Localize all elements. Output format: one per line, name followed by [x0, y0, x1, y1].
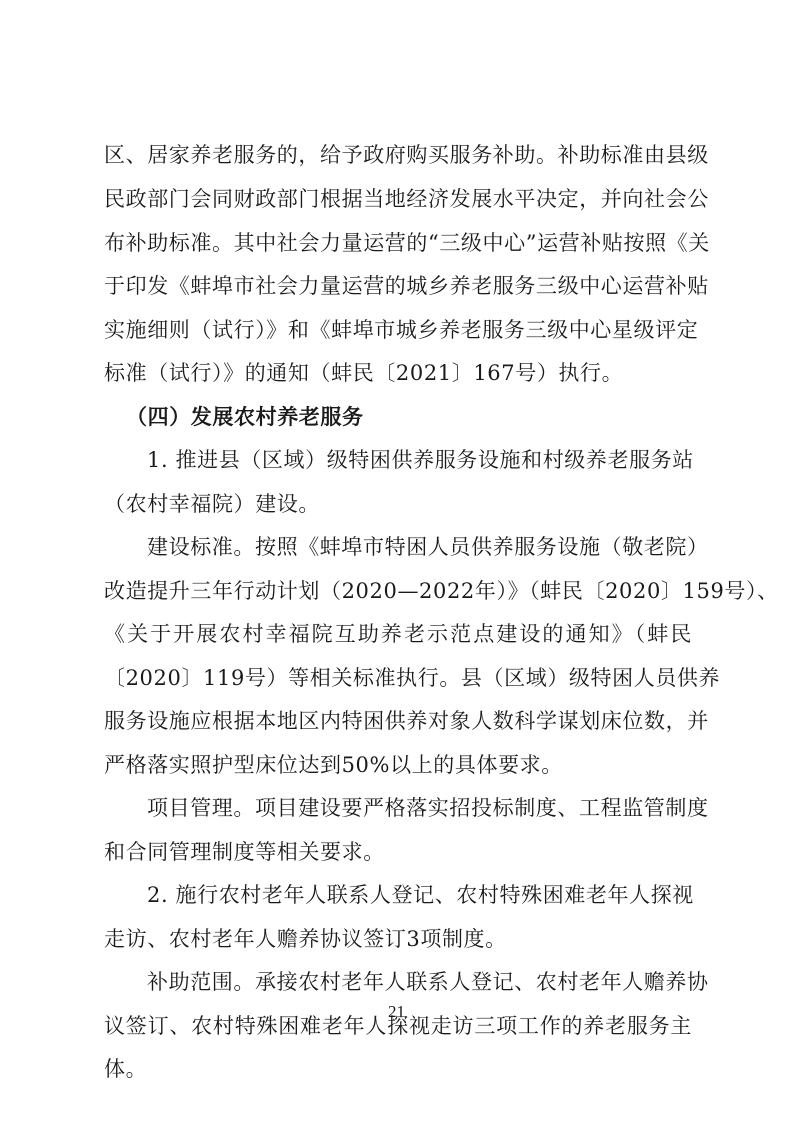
item-1-title: 1. 推进县（区域）级特困供养服务设施和村级养老服务站	[147, 445, 692, 475]
project-management-line: 项目管理。项目建设要严格落实招投标制度、工程监管制度	[147, 793, 692, 823]
item-2-title-continued: 走访、农村老年人赡养协议签订3项制度。	[104, 924, 692, 954]
page-number: 21	[0, 1002, 793, 1022]
paragraph-line: 于印发《蚌埠市社会力量运营的城乡养老服务三级中心运营补贴	[104, 271, 692, 301]
construction-standard-line: 严格落实照护型床位达到50%以上的具体要求。	[104, 750, 692, 780]
paragraph-line: 区、居家养老服务的，给予政府购买服务补助。补助标准由县级	[104, 140, 692, 170]
item-1-title-continued: （农村幸福院）建设。	[104, 489, 692, 519]
paragraph-line: 布补助标准。其中社会力量运营的“三级中心”运营补贴按照《关	[104, 228, 692, 258]
item-2-title: 2. 施行农村老年人联系人登记、农村特殊困难老年人探视	[147, 880, 692, 910]
construction-standard-line: 〔2020〕119号）等相关标准执行。县（区域）级特困人员供养	[104, 663, 692, 693]
paragraph-line: 标准（试行）》的通知（蚌民〔2021〕167号）执行。	[104, 358, 692, 388]
construction-standard-line: 改造提升三年行动计划（2020—2022年）》（蚌民〔2020〕159号）、	[104, 576, 692, 606]
paragraph-line: 民政部门会同财政部门根据当地经济发展水平决定，并向社会公	[104, 184, 692, 214]
document-page: 区、居家养老服务的，给予政府购买服务补助。补助标准由县级 民政部门会同财政部门根…	[0, 0, 793, 1122]
subsidy-scope-line: 体。	[104, 1054, 692, 1084]
construction-standard-line: 服务设施应根据本地区内特困供养对象人数科学谋划床位数，并	[104, 706, 692, 736]
section-heading: （四）发展农村养老服务	[126, 402, 364, 432]
construction-standard-line: 《关于开展农村幸福院互助养老示范点建设的通知》（蚌民	[104, 619, 692, 649]
construction-standard-line: 建设标准。按照《蚌埠市特困人员供养服务设施（敬老院）	[147, 532, 692, 562]
subsidy-scope-line: 补助范围。承接农村老年人联系人登记、农村老年人赡养协	[147, 967, 692, 997]
paragraph-line: 实施细则（试行）》和《蚌埠市城乡养老服务三级中心星级评定	[104, 315, 692, 345]
project-management-line: 和合同管理制度等相关要求。	[104, 837, 692, 867]
